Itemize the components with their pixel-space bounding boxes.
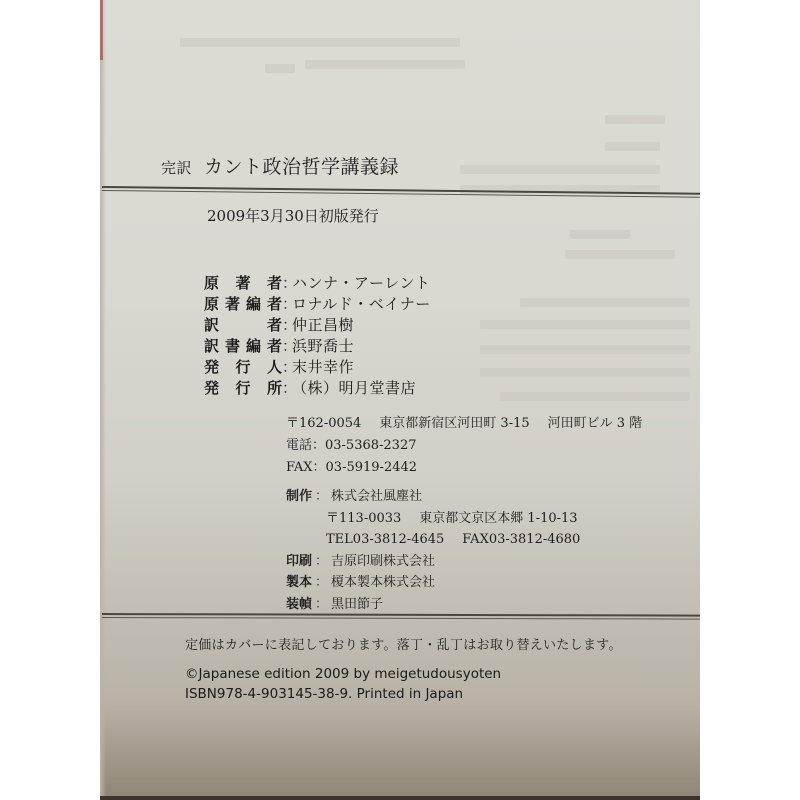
bleed-through-text	[605, 142, 660, 151]
publisher-phone: 電話：03-5368-2327	[286, 435, 642, 457]
publisher-postal-code: 〒162-0054	[286, 416, 361, 431]
credit-colon: ：	[282, 335, 292, 356]
credit-row-translation-editor: 訳書編者 ： 浜野喬士	[204, 335, 431, 356]
credit-row-author: 原著者 ： ハンナ・アーレント	[204, 272, 431, 293]
title-prefix: 完訳	[161, 159, 192, 177]
publisher-contact: 〒162-0054東京都新宿区河田町 3-15河田町ビル 3 階 電話：03-5…	[286, 413, 642, 479]
credit-label: 原著者	[204, 272, 282, 293]
publication-date: 2009年3月30日初版発行	[207, 205, 379, 226]
bleed-through-text	[565, 250, 675, 259]
publisher-address-line: 〒162-0054東京都新宿区河田町 3-15河田町ビル 3 階	[286, 413, 642, 435]
maker-contact-line: TEL03-3812-4645FAX03-3812-4680	[286, 529, 580, 551]
maker-address: 東京都文京区本郷 1-10-13	[419, 511, 577, 526]
publisher-fax: FAX：03-5919-2442	[286, 457, 642, 479]
prod-label: 印刷	[286, 551, 312, 573]
bleed-through-text	[265, 64, 295, 73]
credit-colon: ：	[282, 272, 292, 293]
production-row-design: 装幀 ： 黒田節子	[286, 594, 580, 616]
prod-value: 榎本製本株式会社	[331, 572, 435, 594]
production-row-maker: 制作 ： 株式会社風塵社	[286, 486, 580, 508]
title-main: カント政治哲学講義録	[204, 156, 399, 178]
credit-value: ロナルド・ベイナー	[292, 293, 431, 314]
prod-colon: ：	[315, 572, 328, 594]
credit-label: 訳書編者	[204, 335, 282, 356]
bleed-through-text	[570, 230, 630, 239]
credits-list: 原著者 ： ハンナ・アーレント 原著編者 ： ロナルド・ベイナー 訳者 ： 仲正…	[204, 272, 431, 398]
credit-label: 原著編者	[204, 293, 282, 314]
production-row-printing: 印刷 ： 吉原印刷株式会社	[286, 551, 580, 573]
page-gutter-shadow	[100, 0, 106, 800]
credit-label: 訳者	[204, 314, 282, 335]
credit-value: 仲正昌樹	[292, 314, 354, 335]
bleed-through-text	[180, 38, 460, 47]
credit-row-publisher-person: 発行人 ： 末井幸作	[204, 356, 431, 377]
prod-label: 装幀	[286, 594, 312, 616]
prod-colon: ：	[315, 486, 328, 508]
credit-row-publisher-company: 発行所 ： （株）明月堂書店	[204, 377, 431, 398]
credit-label: 発行所	[204, 377, 282, 398]
credit-value: （株）明月堂書店	[292, 377, 416, 398]
maker-fax: FAX03-3812-4680	[462, 532, 580, 547]
bleed-through-text	[480, 368, 690, 377]
bleed-through-text	[500, 392, 690, 401]
prod-value: 株式会社風塵社	[331, 486, 422, 508]
credit-colon: ：	[282, 356, 292, 377]
photo-stage: 完訳カント政治哲学講義録 2009年3月30日初版発行 原著者 ： ハンナ・アー…	[0, 0, 800, 800]
credit-colon: ：	[282, 293, 292, 314]
credit-row-translator: 訳者 ： 仲正昌樹	[204, 314, 431, 335]
credit-colon: ：	[282, 314, 292, 335]
prod-value: 黒田節子	[331, 594, 383, 616]
publisher-building: 河田町ビル 3 階	[548, 416, 643, 431]
bleed-through-text	[480, 345, 690, 354]
bleed-through-text	[520, 298, 690, 307]
credit-label: 発行人	[204, 356, 282, 377]
prod-label: 製本	[286, 572, 312, 594]
red-cover-edge	[100, 0, 103, 60]
prod-colon: ：	[315, 551, 328, 573]
maker-tel: TEL03-3812-4645	[326, 532, 444, 547]
prod-value: 吉原印刷株式会社	[331, 551, 435, 573]
page-bottom-edge	[100, 796, 700, 800]
copyright-line: ©Japanese edition 2009 by meigetudousyot…	[185, 664, 501, 684]
prod-colon: ：	[315, 594, 328, 616]
credit-row-original-editor: 原著編者 ： ロナルド・ベイナー	[204, 293, 431, 314]
production-credits: 制作 ： 株式会社風塵社 〒113-0033東京都文京区本郷 1-10-13 T…	[286, 486, 580, 615]
double-rule-bottom	[102, 613, 700, 620]
bleed-through-text	[480, 320, 690, 329]
colophon-page: 完訳カント政治哲学講義録 2009年3月30日初版発行 原著者 ： ハンナ・アー…	[100, 0, 700, 800]
bleed-through-text	[605, 115, 665, 124]
prod-label: 制作	[286, 486, 312, 508]
credit-value: 末井幸作	[292, 356, 354, 377]
isbn-line: ISBN978-4-903145-38-9. Printed in Japan	[185, 684, 501, 704]
bleed-through-text	[460, 165, 660, 174]
copyright-block: ©Japanese edition 2009 by meigetudousyot…	[185, 664, 501, 704]
credit-value: 浜野喬士	[292, 335, 354, 356]
credit-value: ハンナ・アーレント	[292, 272, 430, 293]
maker-address-line: 〒113-0033東京都文京区本郷 1-10-13	[286, 508, 580, 530]
publisher-address: 東京都新宿区河田町 3-15	[379, 416, 529, 431]
price-notice: 定価はカバーに表記しております。落丁・乱丁はお取り替えいたします。	[185, 634, 622, 653]
book-title: 完訳カント政治哲学講義録	[161, 152, 399, 179]
bleed-through-text	[305, 60, 465, 69]
production-row-binding: 製本 ： 榎本製本株式会社	[286, 572, 580, 594]
maker-postal-code: 〒113-0033	[326, 511, 401, 526]
credit-colon: ：	[282, 377, 292, 398]
